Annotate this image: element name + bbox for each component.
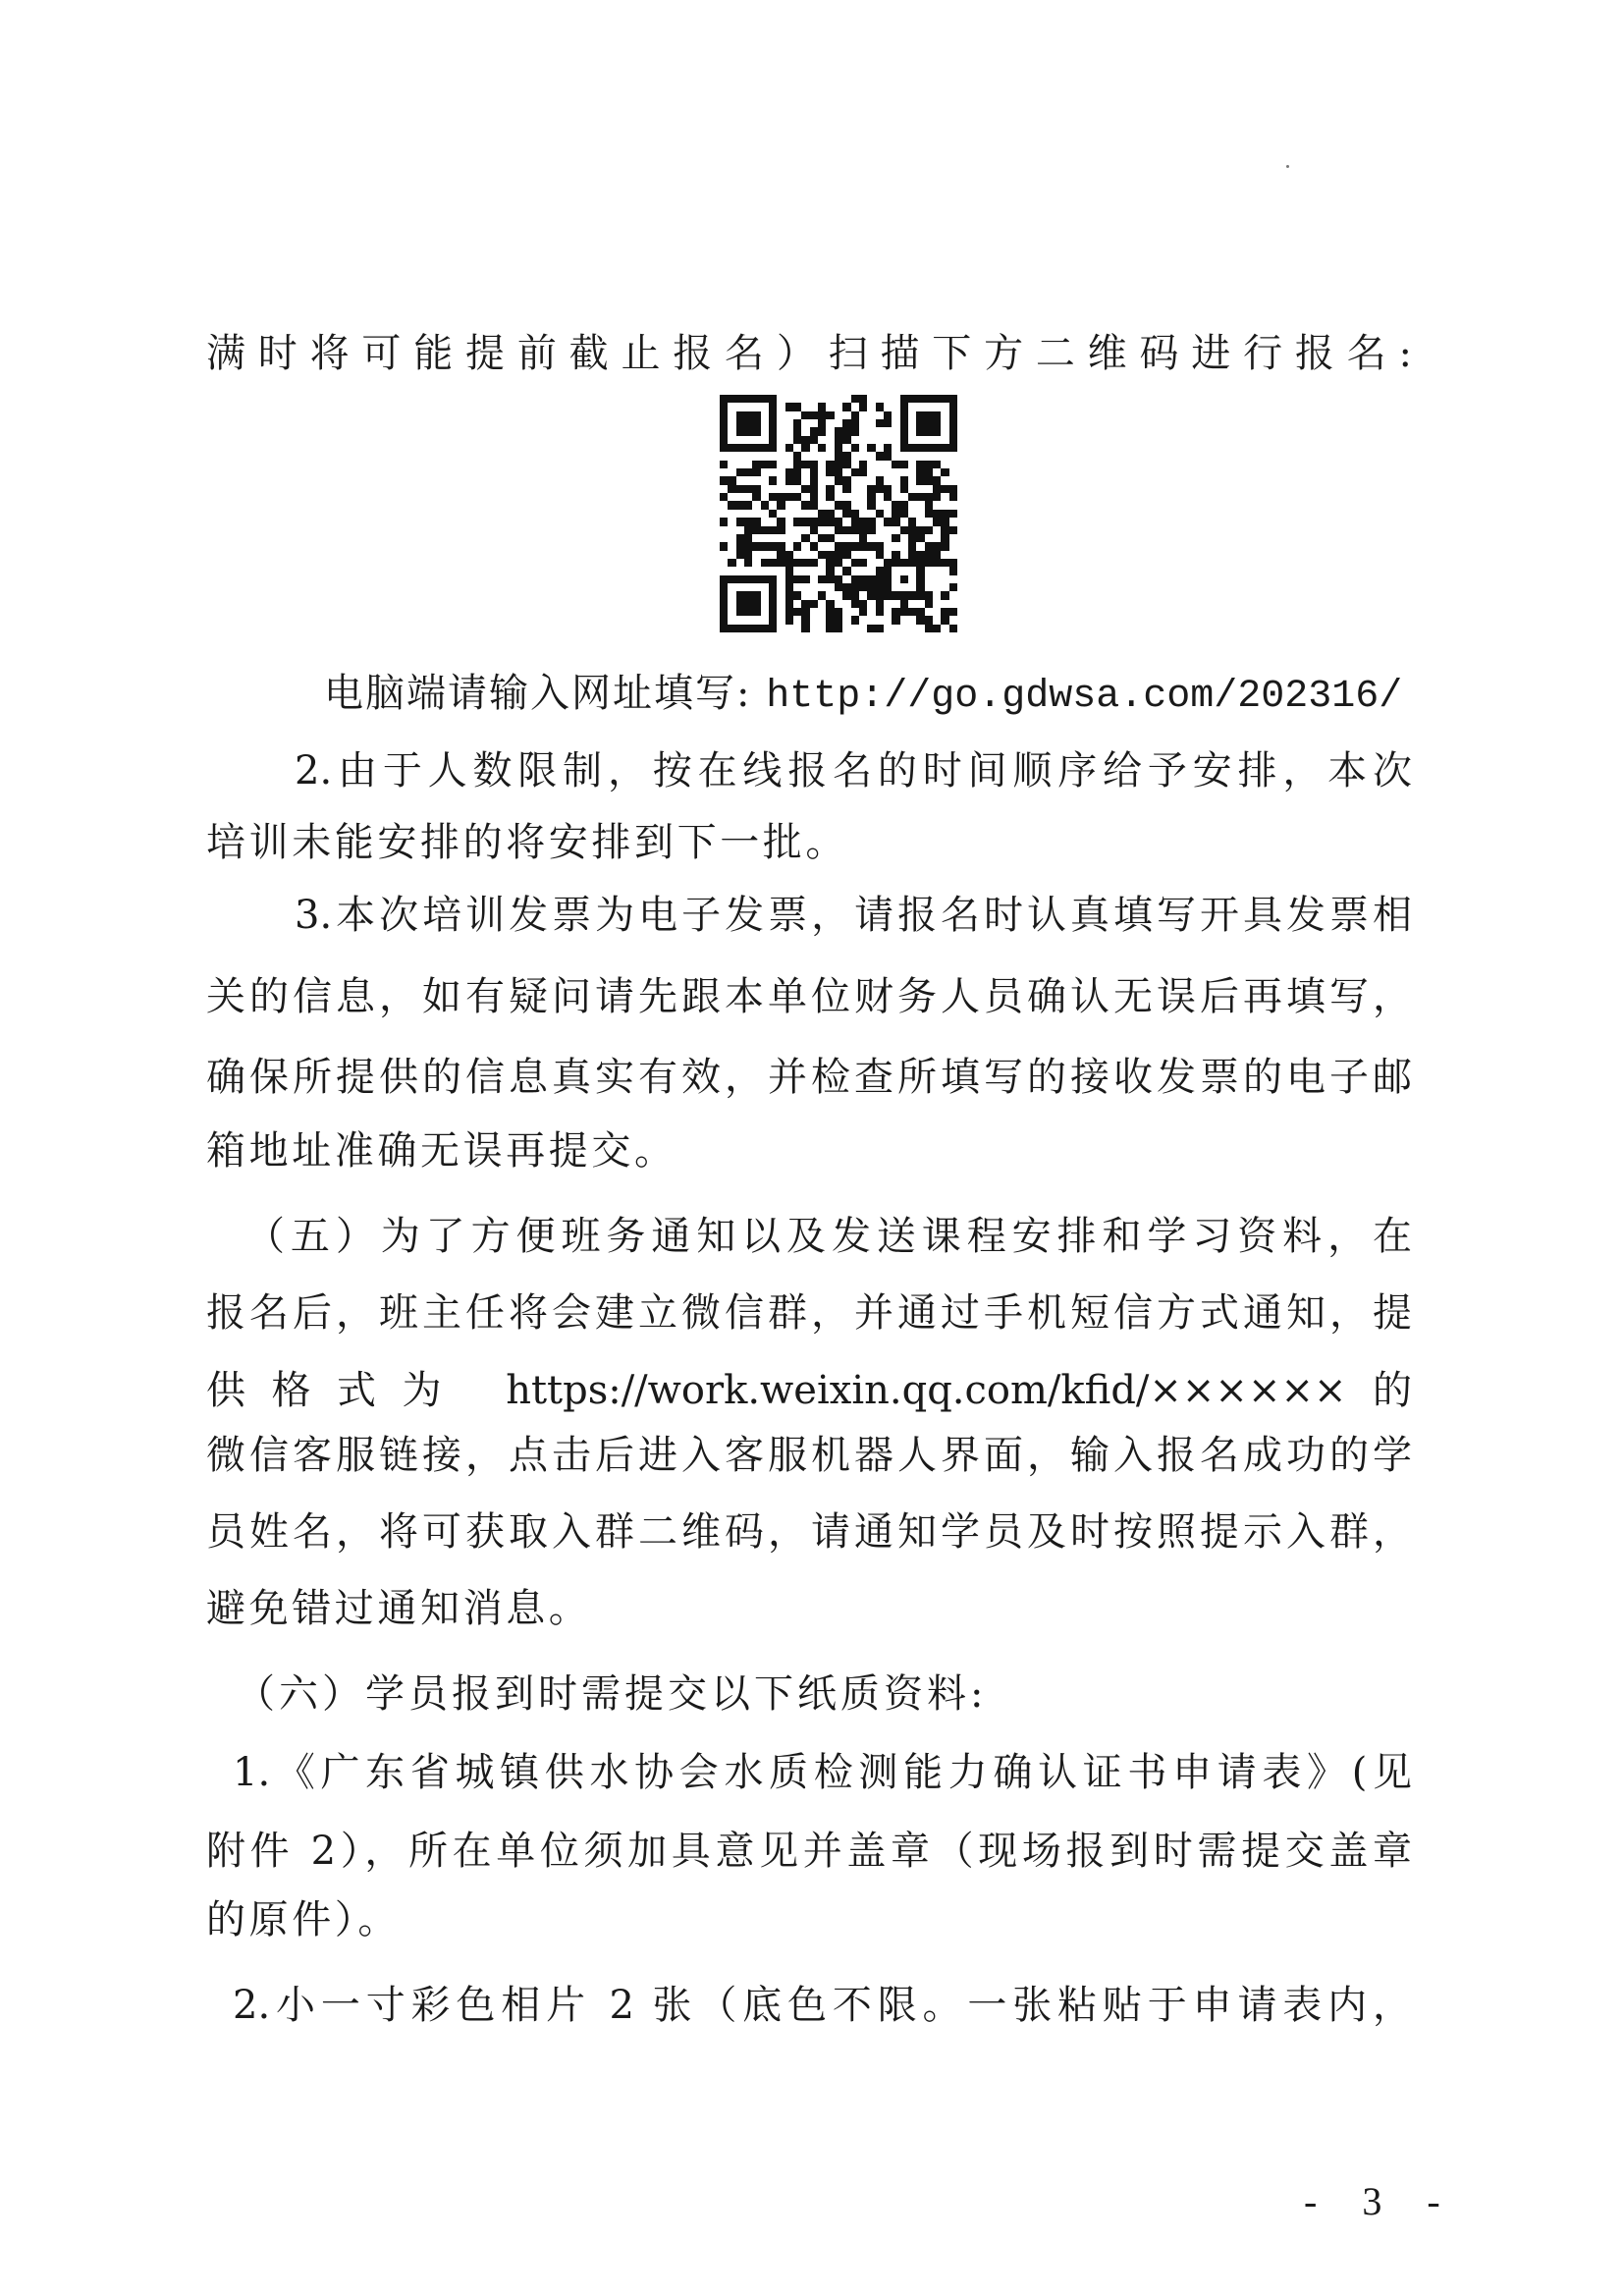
qr-module — [842, 526, 850, 534]
qr-module — [925, 419, 933, 427]
qr-module — [801, 468, 809, 476]
qr-module — [916, 461, 924, 468]
qr-module — [801, 485, 809, 493]
qr-module — [801, 518, 809, 525]
qr-module — [933, 419, 941, 427]
qr-module — [859, 510, 867, 518]
qr-module — [908, 452, 916, 460]
qr-module — [728, 436, 735, 444]
qr-module — [810, 583, 818, 591]
qr-module — [752, 526, 760, 534]
qr-module — [908, 526, 916, 534]
qr-module — [835, 461, 842, 468]
qr-module — [916, 575, 924, 583]
qr-module — [859, 551, 867, 559]
qr-module — [851, 534, 859, 542]
qr-module — [949, 600, 957, 608]
qr-module — [736, 411, 744, 419]
qr-module — [884, 625, 892, 632]
qr-module — [777, 403, 784, 410]
qr-module — [769, 444, 777, 452]
qr-module — [916, 510, 924, 518]
qr-module — [859, 411, 867, 419]
qr-module — [752, 411, 760, 419]
qr-module — [777, 461, 784, 468]
qr-module — [925, 510, 933, 518]
qr-module — [908, 583, 916, 591]
qr-module — [876, 591, 884, 599]
qr-module — [859, 452, 867, 460]
qr-module — [892, 444, 899, 452]
qr-module — [941, 452, 948, 460]
qr-module — [876, 419, 884, 427]
qr-module — [933, 551, 941, 559]
qr-module — [736, 452, 744, 460]
qr-module — [810, 551, 818, 559]
qr-module — [752, 395, 760, 403]
qr-module — [818, 518, 826, 525]
qr-module — [769, 411, 777, 419]
qr-module — [785, 444, 793, 452]
qr-module — [835, 526, 842, 534]
pc-url-line: 电脑端请输入网址填写: http://go.gdwsa.com/202316/ — [324, 674, 1402, 713]
qr-module — [842, 616, 850, 624]
qr-module — [810, 468, 818, 476]
qr-module — [720, 485, 728, 493]
qr-module — [933, 625, 941, 632]
item-2-line-2: 培训未能安排的将安排到下一批。 — [206, 823, 848, 862]
qr-module — [744, 600, 752, 608]
qr-module — [793, 411, 801, 419]
qr-module — [851, 510, 859, 518]
qr-module — [769, 616, 777, 624]
qr-module — [785, 518, 793, 525]
qr-module — [777, 616, 784, 624]
qr-module — [842, 493, 850, 501]
scan-speck — [1286, 165, 1289, 168]
qr-module — [769, 395, 777, 403]
qr-module — [859, 567, 867, 574]
qr-module — [777, 600, 784, 608]
qr-module — [826, 510, 834, 518]
section-5-line-3: 供格式为 https://work.weixin.qq.com/kfid/×××… — [206, 1371, 1412, 1410]
qr-module — [736, 436, 744, 444]
qr-module — [908, 436, 916, 444]
qr-module — [793, 510, 801, 518]
qr-module — [777, 534, 784, 542]
qr-module — [949, 444, 957, 452]
qr-module — [900, 468, 908, 476]
qr-module — [842, 608, 850, 616]
qr-module — [785, 534, 793, 542]
qr-module — [728, 591, 735, 599]
qr-module — [925, 567, 933, 574]
qr-module — [884, 403, 892, 410]
qr-module — [916, 616, 924, 624]
qr-module — [925, 583, 933, 591]
qr-module — [884, 485, 892, 493]
qr-module — [818, 534, 826, 542]
qr-module — [835, 468, 842, 476]
qr-module — [876, 427, 884, 435]
qr-module — [867, 600, 875, 608]
qr-module — [793, 493, 801, 501]
qr-module — [859, 468, 867, 476]
qr-module — [801, 427, 809, 435]
qr-module — [761, 518, 769, 525]
qr-module — [916, 591, 924, 599]
qr-module — [801, 600, 809, 608]
qr-module — [785, 559, 793, 567]
qr-module — [835, 542, 842, 550]
qr-module — [941, 411, 948, 419]
qr-module — [720, 518, 728, 525]
qr-module — [720, 444, 728, 452]
qr-module — [720, 551, 728, 559]
qr-module — [801, 436, 809, 444]
qr-module — [728, 583, 735, 591]
qr-module — [810, 493, 818, 501]
qr-module — [941, 419, 948, 427]
qr-module — [892, 461, 899, 468]
qr-module — [801, 444, 809, 452]
qr-module — [867, 403, 875, 410]
qr-module — [949, 526, 957, 534]
qr-module — [908, 501, 916, 509]
qr-module — [933, 616, 941, 624]
qr-module — [933, 436, 941, 444]
qr-module — [908, 534, 916, 542]
qr-module — [801, 608, 809, 616]
qr-module — [818, 395, 826, 403]
qr-module — [818, 476, 826, 484]
qr-module — [801, 493, 809, 501]
qr-module — [908, 608, 916, 616]
qr-module — [851, 403, 859, 410]
qr-module — [818, 419, 826, 427]
qr-module — [859, 616, 867, 624]
qr-module — [761, 427, 769, 435]
qr-module — [867, 419, 875, 427]
qr-module — [949, 608, 957, 616]
qr-module — [851, 468, 859, 476]
qr-module — [884, 419, 892, 427]
qr-module — [761, 485, 769, 493]
section-5-line-1: （五）为了方便班务通知以及发送课程安排和学习资料，在 — [245, 1217, 1412, 1256]
item-3-line-2: 关的信息，如有疑问请先跟本单位财务人员确认无误后再填写， — [206, 977, 1412, 1016]
qr-module — [736, 526, 744, 534]
qr-module — [908, 551, 916, 559]
qr-module — [876, 551, 884, 559]
qr-module — [752, 493, 760, 501]
item-2-line-1: 2.由于人数限制，按在线报名的时间顺序给予安排，本次 — [295, 751, 1412, 791]
qr-module — [941, 461, 948, 468]
qr-module — [933, 468, 941, 476]
qr-module — [859, 591, 867, 599]
qr-module — [761, 534, 769, 542]
qr-module — [818, 567, 826, 574]
qr-module — [884, 395, 892, 403]
qr-module — [744, 485, 752, 493]
qr-module — [851, 591, 859, 599]
qr-module — [892, 534, 899, 542]
qr-module — [851, 395, 859, 403]
qr-module — [752, 625, 760, 632]
qr-module — [892, 493, 899, 501]
qr-module — [769, 567, 777, 574]
qr-module — [916, 395, 924, 403]
qr-module — [777, 526, 784, 534]
qr-module — [949, 559, 957, 567]
qr-module — [785, 583, 793, 591]
registration-qr-code[interactable] — [720, 395, 957, 632]
qr-module — [777, 444, 784, 452]
qr-module — [941, 575, 948, 583]
qr-module — [761, 395, 769, 403]
qr-module — [769, 625, 777, 632]
qr-module — [728, 600, 735, 608]
qr-module — [949, 575, 957, 583]
qr-module — [736, 444, 744, 452]
qr-module — [769, 600, 777, 608]
qr-module — [810, 427, 818, 435]
qr-module — [818, 542, 826, 550]
qr-module — [908, 542, 916, 550]
qr-module — [949, 510, 957, 518]
qr-module — [793, 501, 801, 509]
qr-module — [801, 625, 809, 632]
qr-module — [900, 575, 908, 583]
qr-module — [736, 403, 744, 410]
qr-module — [949, 436, 957, 444]
qr-module — [810, 518, 818, 525]
qr-module — [900, 403, 908, 410]
qr-module — [933, 518, 941, 525]
qr-module — [916, 567, 924, 574]
qr-module — [884, 583, 892, 591]
qr-module — [916, 436, 924, 444]
qr-module — [941, 468, 948, 476]
qr-module — [876, 567, 884, 574]
qr-module — [793, 403, 801, 410]
qr-module — [736, 608, 744, 616]
qr-module — [720, 427, 728, 435]
qr-module — [933, 461, 941, 468]
qr-module — [720, 395, 728, 403]
qr-module — [777, 436, 784, 444]
qr-module — [949, 542, 957, 550]
qr-module — [884, 427, 892, 435]
qr-module — [933, 403, 941, 410]
qr-module — [859, 427, 867, 435]
pc-url-link[interactable]: http://go.gdwsa.com/202316/ — [766, 675, 1402, 719]
qr-module — [884, 468, 892, 476]
qr-module — [867, 575, 875, 583]
qr-module — [925, 452, 933, 460]
qr-module — [949, 551, 957, 559]
qr-module — [752, 559, 760, 567]
qr-module — [720, 452, 728, 460]
qr-module — [867, 591, 875, 599]
qr-module — [941, 436, 948, 444]
qr-module — [908, 444, 916, 452]
qr-module — [728, 493, 735, 501]
qr-module — [933, 427, 941, 435]
qr-module — [842, 468, 850, 476]
qr-module — [752, 616, 760, 624]
qr-module — [752, 501, 760, 509]
qr-module — [867, 510, 875, 518]
qr-module — [908, 493, 916, 501]
qr-module — [867, 444, 875, 452]
qr-module — [761, 476, 769, 484]
qr-module — [859, 625, 867, 632]
qr-module — [842, 518, 850, 525]
qr-module — [777, 575, 784, 583]
qr-module — [744, 567, 752, 574]
qr-module — [876, 583, 884, 591]
qr-module — [867, 501, 875, 509]
qr-module — [761, 436, 769, 444]
qr-module — [752, 608, 760, 616]
qr-module — [728, 608, 735, 616]
qr-module — [900, 501, 908, 509]
qr-module — [900, 436, 908, 444]
qr-module — [801, 510, 809, 518]
qr-module — [736, 461, 744, 468]
qr-module — [720, 625, 728, 632]
qr-module — [859, 526, 867, 534]
qr-module — [769, 452, 777, 460]
qr-module — [876, 461, 884, 468]
qr-module — [769, 583, 777, 591]
qr-module — [892, 567, 899, 574]
qr-module — [900, 411, 908, 419]
qr-module — [851, 436, 859, 444]
qr-module — [769, 485, 777, 493]
qr-module — [752, 575, 760, 583]
qr-module — [859, 461, 867, 468]
qr-module — [900, 551, 908, 559]
qr-module — [851, 542, 859, 550]
qr-module — [761, 575, 769, 583]
qr-module — [941, 403, 948, 410]
qr-module — [752, 583, 760, 591]
qr-module — [777, 583, 784, 591]
qr-module — [916, 625, 924, 632]
qr-module — [851, 501, 859, 509]
qr-module — [720, 461, 728, 468]
qr-module — [761, 567, 769, 574]
qr-module — [900, 452, 908, 460]
qr-module — [720, 436, 728, 444]
qr-module — [801, 559, 809, 567]
qr-module — [908, 419, 916, 427]
qr-module — [826, 461, 834, 468]
qr-module — [777, 501, 784, 509]
qr-module — [728, 411, 735, 419]
qr-module — [900, 485, 908, 493]
qr-module — [900, 476, 908, 484]
qr-module — [900, 526, 908, 534]
qr-module — [736, 542, 744, 550]
qr-module — [867, 526, 875, 534]
qr-module — [826, 600, 834, 608]
qr-module — [851, 526, 859, 534]
qr-module — [859, 493, 867, 501]
section-5-line-4: 微信客服链接，点击后进入客服机器人界面，输入报名成功的学 — [206, 1436, 1412, 1475]
qr-module — [736, 493, 744, 501]
qr-module — [810, 591, 818, 599]
qr-module — [793, 476, 801, 484]
qr-module — [867, 616, 875, 624]
qr-module — [744, 510, 752, 518]
qr-module — [793, 518, 801, 525]
qr-module — [900, 616, 908, 624]
qr-module — [900, 625, 908, 632]
qr-module — [818, 411, 826, 419]
qr-module — [793, 427, 801, 435]
qr-module — [826, 403, 834, 410]
qr-module — [916, 419, 924, 427]
qr-module — [892, 600, 899, 608]
qr-module — [884, 600, 892, 608]
qr-module — [933, 452, 941, 460]
qr-module — [842, 600, 850, 608]
qr-module — [933, 526, 941, 534]
qr-module — [916, 526, 924, 534]
qr-module — [801, 575, 809, 583]
qr-module — [810, 395, 818, 403]
qr-module — [728, 403, 735, 410]
qr-module — [867, 608, 875, 616]
qr-module — [842, 395, 850, 403]
qr-module — [826, 493, 834, 501]
qr-module — [818, 616, 826, 624]
qr-module — [810, 534, 818, 542]
qr-module — [752, 403, 760, 410]
qr-module — [835, 444, 842, 452]
qr-module — [769, 608, 777, 616]
qr-module — [925, 427, 933, 435]
qr-module — [842, 501, 850, 509]
qr-module — [835, 476, 842, 484]
qr-module — [851, 444, 859, 452]
qr-module — [777, 510, 784, 518]
qr-module — [916, 542, 924, 550]
qr-module — [801, 591, 809, 599]
qr-module — [867, 583, 875, 591]
qr-module — [826, 501, 834, 509]
qr-module — [728, 542, 735, 550]
qr-module — [777, 567, 784, 574]
qr-module — [826, 567, 834, 574]
qr-module — [892, 510, 899, 518]
qr-module — [859, 444, 867, 452]
qr-module — [941, 501, 948, 509]
qr-module — [744, 444, 752, 452]
qr-module — [818, 608, 826, 616]
qr-module — [842, 427, 850, 435]
qr-module — [892, 583, 899, 591]
qr-module — [728, 534, 735, 542]
qr-module — [761, 542, 769, 550]
qr-module — [720, 583, 728, 591]
qr-module — [785, 411, 793, 419]
qr-module — [892, 411, 899, 419]
qr-module — [761, 501, 769, 509]
qr-module — [884, 591, 892, 599]
